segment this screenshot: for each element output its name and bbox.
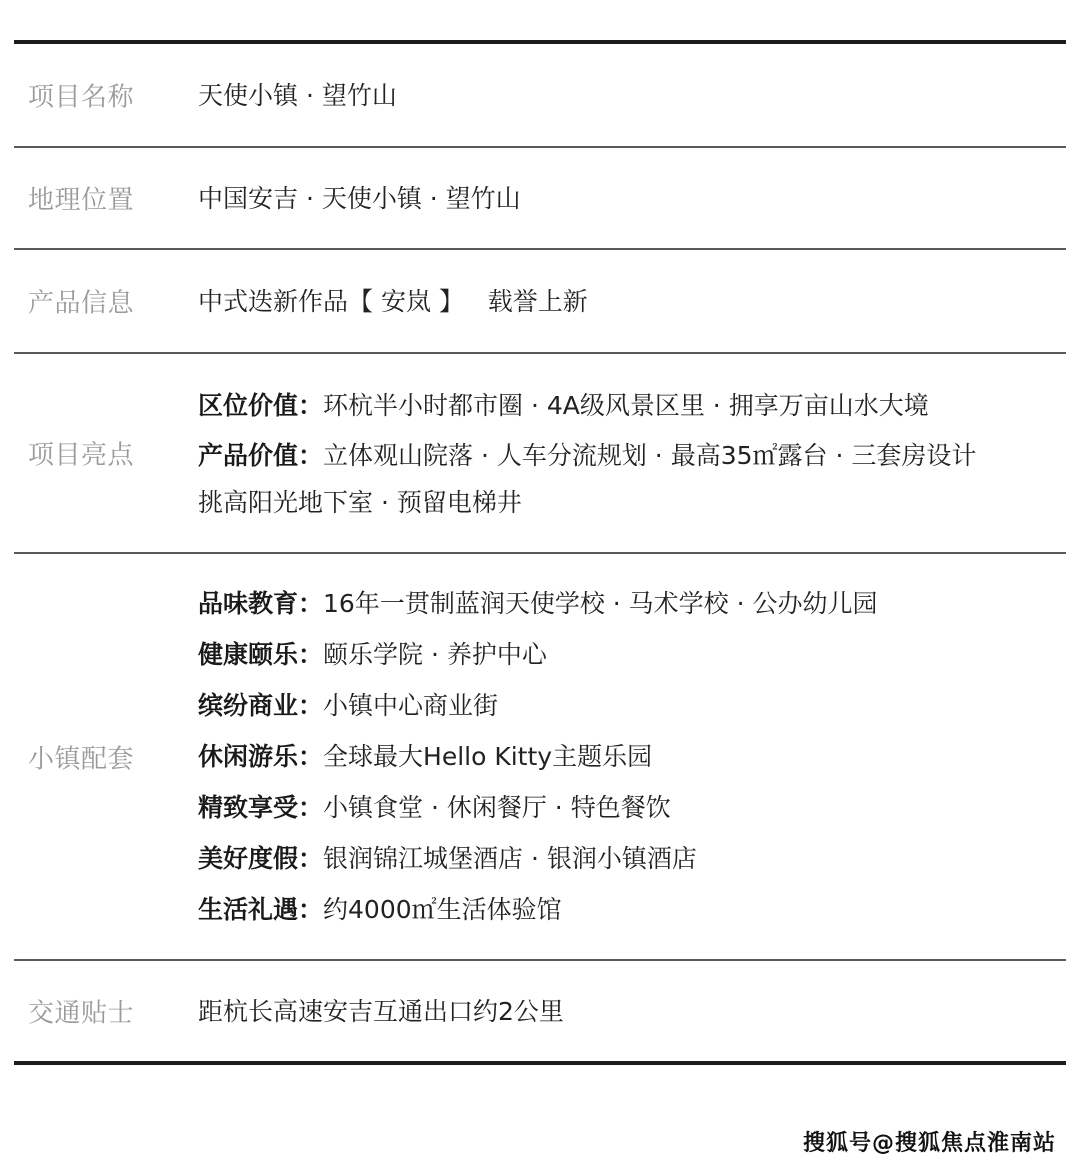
amenities-list: 品味教育：16年一贯制蓝润天使学校 · 马术学校 · 公办幼儿园 健康颐乐：颐乐…	[198, 578, 878, 935]
item-text: 立体观山院落 · 人车分流规划 · 最高35㎡露台 · 三套房设计	[323, 441, 976, 470]
list-item: 休闲游乐：全球最大Hello Kitty主题乐园	[198, 731, 878, 782]
list-item: 区位价值：环杭半小时都市圈 · 4A级风景区里 · 拥享万亩山水大境	[198, 381, 976, 431]
item-text: 银润锦江城堡酒店 · 银润小镇酒店	[323, 844, 697, 873]
item-text: 小镇食堂 · 休闲餐厅 · 特色餐饮	[323, 793, 671, 822]
row-project-name: 项目名称 天使小镇 · 望竹山	[14, 44, 1066, 146]
row-value: 天使小镇 · 望竹山	[198, 83, 397, 108]
list-item: 生活礼遇：约4000㎡生活体验馆	[198, 884, 878, 935]
item-text: 全球最大Hello Kitty主题乐园	[323, 742, 652, 771]
list-item: 品味教育：16年一贯制蓝润天使学校 · 马术学校 · 公办幼儿园	[198, 578, 878, 629]
bottom-rule	[14, 1061, 1066, 1065]
item-key: 美好度假：	[198, 844, 323, 873]
row-highlights: 项目亮点 区位价值：环杭半小时都市圈 · 4A级风景区里 · 拥享万亩山水大境 …	[14, 354, 1066, 552]
item-text: 约4000㎡生活体验馆	[323, 895, 562, 924]
item-key: 品味教育：	[198, 589, 323, 618]
row-value: 中式迭新作品【 安岚 】 载誉上新	[198, 289, 588, 314]
row-location: 地理位置 中国安吉 · 天使小镇 · 望竹山	[14, 148, 1066, 248]
row-label: 项目亮点	[28, 435, 178, 472]
item-key: 产品价值：	[198, 441, 323, 470]
row-label: 交通贴士	[28, 993, 178, 1030]
item-text: 小镇中心商业街	[323, 691, 498, 720]
item-text: 颐乐学院 · 养护中心	[323, 640, 547, 669]
item-key: 健康颐乐：	[198, 640, 323, 669]
list-item: 产品价值：立体观山院落 · 人车分流规划 · 最高35㎡露台 · 三套房设计	[198, 431, 976, 481]
row-amenities: 小镇配套 品味教育：16年一贯制蓝润天使学校 · 马术学校 · 公办幼儿园 健康…	[14, 554, 1066, 959]
project-info-table: 项目名称 天使小镇 · 望竹山 地理位置 中国安吉 · 天使小镇 · 望竹山 产…	[14, 40, 1066, 1065]
item-key: 精致享受：	[198, 793, 323, 822]
item-text: 环杭半小时都市圈 · 4A级风景区里 · 拥享万亩山水大境	[323, 391, 929, 420]
list-item: 美好度假：银润锦江城堡酒店 · 银润小镇酒店	[198, 833, 878, 884]
item-key: 休闲游乐：	[198, 742, 323, 771]
list-item: 缤纷商业：小镇中心商业街	[198, 680, 878, 731]
row-product-info: 产品信息 中式迭新作品【 安岚 】 载誉上新	[14, 250, 1066, 352]
list-item: 精致享受：小镇食堂 · 休闲餐厅 · 特色餐饮	[198, 782, 878, 833]
list-item: 挑高阳光地下室 · 预留电梯井	[198, 481, 976, 525]
item-key: 区位价值：	[198, 391, 323, 420]
row-label: 小镇配套	[28, 738, 178, 775]
highlights-list: 区位价值：环杭半小时都市圈 · 4A级风景区里 · 拥享万亩山水大境 产品价值：…	[198, 381, 976, 525]
row-label: 项目名称	[28, 77, 178, 114]
item-text: 挑高阳光地下室 · 预留电梯井	[198, 488, 522, 517]
item-key: 生活礼遇：	[198, 895, 323, 924]
item-key: 缤纷商业：	[198, 691, 323, 720]
row-value: 距杭长高速安吉互通出口约2公里	[198, 999, 564, 1024]
row-value: 中国安吉 · 天使小镇 · 望竹山	[198, 186, 521, 211]
watermark: 搜狐号@搜狐焦点淮南站	[803, 1126, 1056, 1157]
row-transport: 交通贴士 距杭长高速安吉互通出口约2公里	[14, 961, 1066, 1061]
item-text: 16年一贯制蓝润天使学校 · 马术学校 · 公办幼儿园	[323, 589, 878, 618]
row-label: 产品信息	[28, 283, 178, 320]
row-label: 地理位置	[28, 180, 178, 217]
list-item: 健康颐乐：颐乐学院 · 养护中心	[198, 629, 878, 680]
